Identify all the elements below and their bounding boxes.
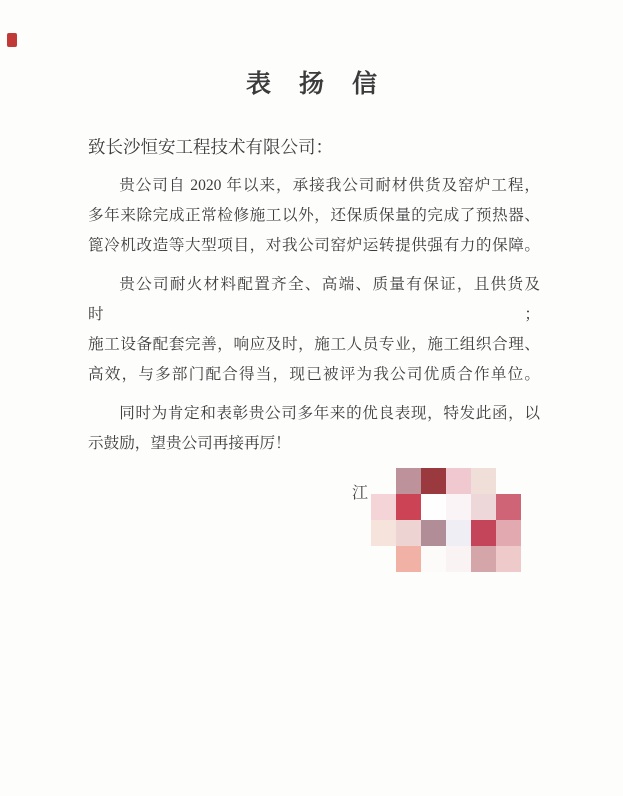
stamp-mosaic-cell (471, 468, 496, 494)
letter-paragraph: 贵公司耐火材料配置齐全、高端、质量有保证，且供货及时；施工设备配套完善，响应及时… (88, 270, 540, 390)
stamp-mosaic-cell (496, 520, 521, 546)
letter-title: 表扬信 (0, 64, 623, 100)
red-corner-mark (7, 33, 17, 47)
letter-page: 表扬信 致长沙恒安工程技术有限公司： 贵公司自 2020 年以来，承接我公司耐材… (0, 0, 623, 796)
body-line: 多年来除完成正常检修施工以外，还保质保量的完成了预热器、 (88, 201, 540, 231)
stamp-mosaic-cell (471, 494, 496, 520)
stamp-mosaic-cell (396, 494, 421, 520)
body-line: 篦冷机改造等大型项目，对我公司窑炉运转提供强有力的保障。 (88, 231, 540, 261)
stamp-mosaic-cell (396, 520, 421, 546)
stamp-mosaic-cell (371, 468, 396, 494)
stamp-mosaic-cell (421, 520, 446, 546)
stamp-mosaic-cell (496, 468, 521, 494)
letter-paragraph: 同时为肯定和表彰贵公司多年来的优良表现，特发此函，以示鼓励，望贵公司再接再厉！ (88, 399, 540, 459)
stamp-mosaic-cell (471, 520, 496, 546)
stamp-mosaic-cell (421, 468, 446, 494)
signature-prefix-text: 江 (352, 484, 368, 504)
stamp-mosaic-cell (496, 546, 521, 572)
stamp-mosaic-cell (471, 546, 496, 572)
stamp-mosaic-cell (421, 546, 446, 572)
stamp-mosaic-cell (496, 494, 521, 520)
stamp-mosaic-cell (421, 494, 446, 520)
body-line: 贵公司耐火材料配置齐全、高端、质量有保证，且供货及时； (88, 270, 540, 330)
stamp-mosaic-cell (396, 546, 421, 572)
stamp-mosaic-cell (371, 520, 396, 546)
stamp-mosaic-cell (446, 468, 471, 494)
stamp-mosaic-cell (446, 546, 471, 572)
letter-greeting: 致长沙恒安工程技术有限公司： (88, 132, 540, 162)
stamp-mosaic-cell (371, 546, 396, 572)
stamp-mosaic-cell (396, 468, 421, 494)
body-line: 贵公司自 2020 年以来，承接我公司耐材供货及窑炉工程， (88, 171, 540, 201)
stamp-mosaic-cell (446, 520, 471, 546)
body-line: 高效，与多部门配合得当，现已被评为我公司优质合作单位。 (88, 360, 540, 390)
stamp-mosaic-cell (446, 494, 471, 520)
body-line: 施工设备配套完善，响应及时，施工人员专业，施工组织合理、 (88, 330, 540, 360)
body-line: 示鼓励，望贵公司再接再厉！ (88, 429, 540, 459)
body-line: 同时为肯定和表彰贵公司多年来的优良表现，特发此函，以 (88, 399, 540, 429)
letter-body: 致长沙恒安工程技术有限公司： 贵公司自 2020 年以来，承接我公司耐材供货及窑… (88, 132, 540, 459)
signature-stamp-mosaic (371, 468, 521, 572)
stamp-mosaic-cell (371, 494, 396, 520)
letter-paragraph: 贵公司自 2020 年以来，承接我公司耐材供货及窑炉工程，多年来除完成正常检修施… (88, 171, 540, 261)
